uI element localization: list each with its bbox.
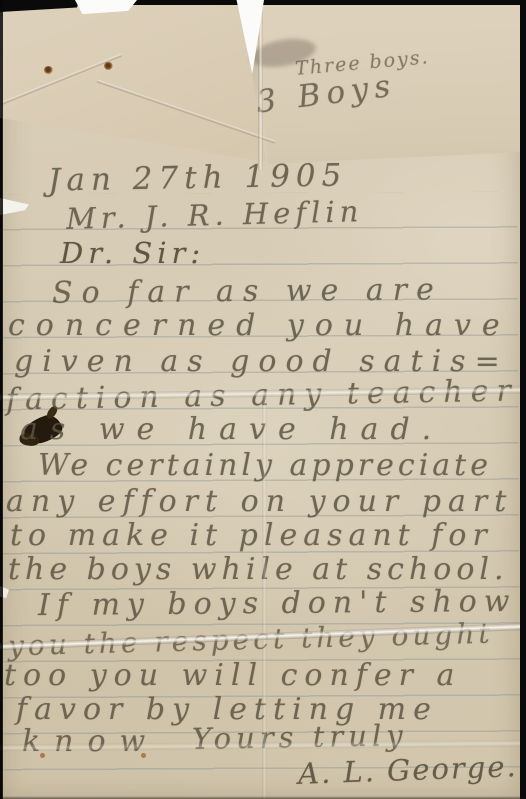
- letter-date: Jan 27th 1905: [48, 157, 348, 198]
- letter-body-line: We certainly appreciate: [38, 448, 492, 483]
- letter-salutation: Dr. Sir:: [60, 236, 205, 270]
- scanned-letter-photo: Three boys. 3 Boys Jan 27th 1905 Mr. J. …: [0, 0, 526, 799]
- letter-body-line: to make it pleasant for: [10, 518, 493, 553]
- letter-body-line: concerned you have: [8, 308, 511, 343]
- scanner-edge-right: [520, 0, 526, 799]
- letter-body-line: given as good satis=: [14, 344, 509, 379]
- letter-body-line: too you will confer a: [4, 658, 461, 693]
- letter-body-line: any effort on your part: [6, 484, 513, 519]
- letter-body-line: So far as we are: [52, 272, 443, 310]
- letter-body-line: as we have had.: [20, 412, 443, 447]
- letter-body-line: the boys while at school.: [8, 552, 509, 587]
- letter-body-line: know: [22, 724, 159, 759]
- letter-closing: Yours truly: [192, 718, 408, 756]
- scanner-edge-left: [0, 0, 3, 799]
- pin-hole: [104, 62, 113, 70]
- pin-hole: [44, 66, 53, 74]
